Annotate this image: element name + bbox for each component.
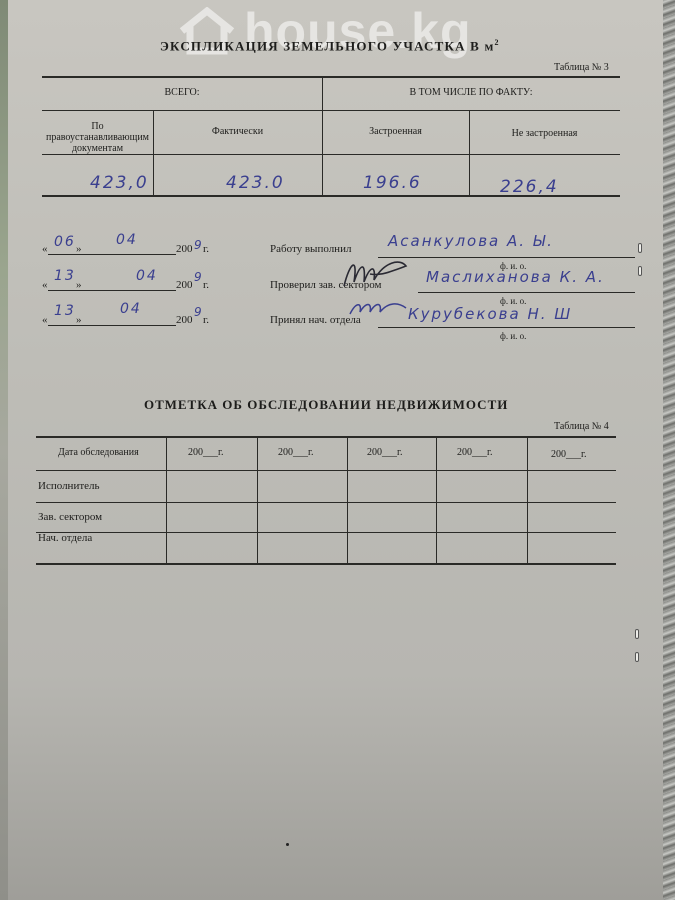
title-superscript: 2 — [495, 38, 500, 47]
row-department-head: Нач. отдела — [38, 532, 92, 544]
col-header-documents: По правоустанавливающим документам — [42, 121, 153, 154]
background-right — [661, 0, 675, 900]
date-year-prefix: 200 — [176, 279, 193, 291]
name-underline — [378, 327, 635, 328]
table3-group-border — [42, 110, 620, 111]
date-column-4: 200___г. — [457, 447, 492, 458]
table4-row-border — [36, 502, 616, 503]
date-underline — [48, 290, 176, 291]
date-open-quote: « — [42, 314, 48, 326]
date-month: 04 — [120, 301, 142, 317]
table3-label: Таблица № 3 — [554, 62, 609, 73]
table4-divider — [347, 437, 348, 563]
date-column-2: 200___г. — [278, 447, 313, 458]
date-underline — [48, 254, 176, 255]
binder-hole — [638, 266, 642, 276]
signature-scribble — [348, 298, 408, 320]
signature-scribble — [340, 252, 410, 292]
date-day: 13 — [54, 303, 76, 319]
table4-divider — [166, 437, 167, 563]
binder-hole — [635, 629, 639, 639]
binder-hole — [638, 243, 642, 253]
date-open-quote: « — [42, 243, 48, 255]
date-year-suffix: г. — [203, 279, 209, 291]
table3-divider — [469, 111, 470, 195]
table3-top-border — [42, 76, 620, 78]
header-group-fact: В ТОМ ЧИСЛЕ ПО ФАКТУ: — [322, 87, 620, 98]
date-year-suffix: г. — [203, 243, 209, 255]
header-inspection-date: Дата обследования — [58, 447, 139, 458]
signer-name: Маслиханова К. А. — [426, 268, 605, 286]
fio-label: ф. и. о. — [500, 331, 526, 341]
row-sector-head: Зав. сектором — [38, 511, 102, 523]
date-year-suffix: г. — [203, 314, 209, 326]
section2-title: ОТМЕТКА ОБ ОБСЛЕДОВАНИИ НЕДВИЖИМОСТИ — [144, 397, 508, 413]
name-underline — [418, 292, 635, 293]
value-documents: 423,0 — [90, 173, 149, 193]
date-month: 04 — [136, 268, 158, 284]
date-year-prefix: 200 — [176, 243, 193, 255]
signer-name: Курубекова Н. Ш — [408, 305, 572, 323]
table4-label: Таблица № 4 — [554, 421, 609, 432]
value-unbuilt: 226,4 — [500, 177, 559, 197]
header-group-total: ВСЕГО: — [42, 87, 322, 98]
table4-row-border — [36, 470, 616, 471]
col-header-actual: Фактически — [153, 126, 322, 137]
table4-row-border — [36, 532, 616, 533]
table4-bottom-border — [36, 563, 616, 565]
date-column-3: 200___г. — [367, 447, 402, 458]
binder-hole — [635, 652, 639, 662]
document-page: house.kg ЭКСПЛИКАЦИЯ ЗЕМЕЛЬНОГО УЧАСТКА … — [8, 0, 663, 900]
date-open-quote: « — [42, 279, 48, 291]
table4-divider — [527, 437, 528, 563]
name-underline — [378, 257, 635, 258]
table4-top-border — [36, 436, 616, 438]
col-header-unbuilt: Не застроенная — [469, 128, 620, 139]
signer-name: Асанкулова А. Ы. — [388, 232, 554, 250]
row-executor: Исполнитель — [38, 480, 100, 492]
table4-divider — [436, 437, 437, 563]
date-column-1: 200___г. — [188, 447, 223, 458]
date-month: 04 — [116, 232, 138, 248]
date-day: 13 — [54, 268, 76, 284]
date-underline — [48, 325, 176, 326]
table4-divider — [257, 437, 258, 563]
value-actual: 423.0 — [226, 173, 285, 193]
date-column-5: 200___г. — [551, 449, 586, 460]
table3-header-border — [42, 154, 620, 155]
section1-title-text: ЭКСПЛИКАЦИЯ ЗЕМЕЛЬНОГО УЧАСТКА В м — [160, 38, 495, 53]
section1-title: ЭКСПЛИКАЦИЯ ЗЕМЕЛЬНОГО УЧАСТКА В м2 — [160, 38, 500, 54]
table3-divider — [153, 111, 154, 195]
value-built: 196.6 — [363, 173, 422, 193]
date-year-prefix: 200 — [176, 314, 193, 326]
ink-dot — [286, 843, 289, 846]
col-header-built: Застроенная — [322, 126, 469, 137]
date-day: 06 — [54, 234, 76, 250]
